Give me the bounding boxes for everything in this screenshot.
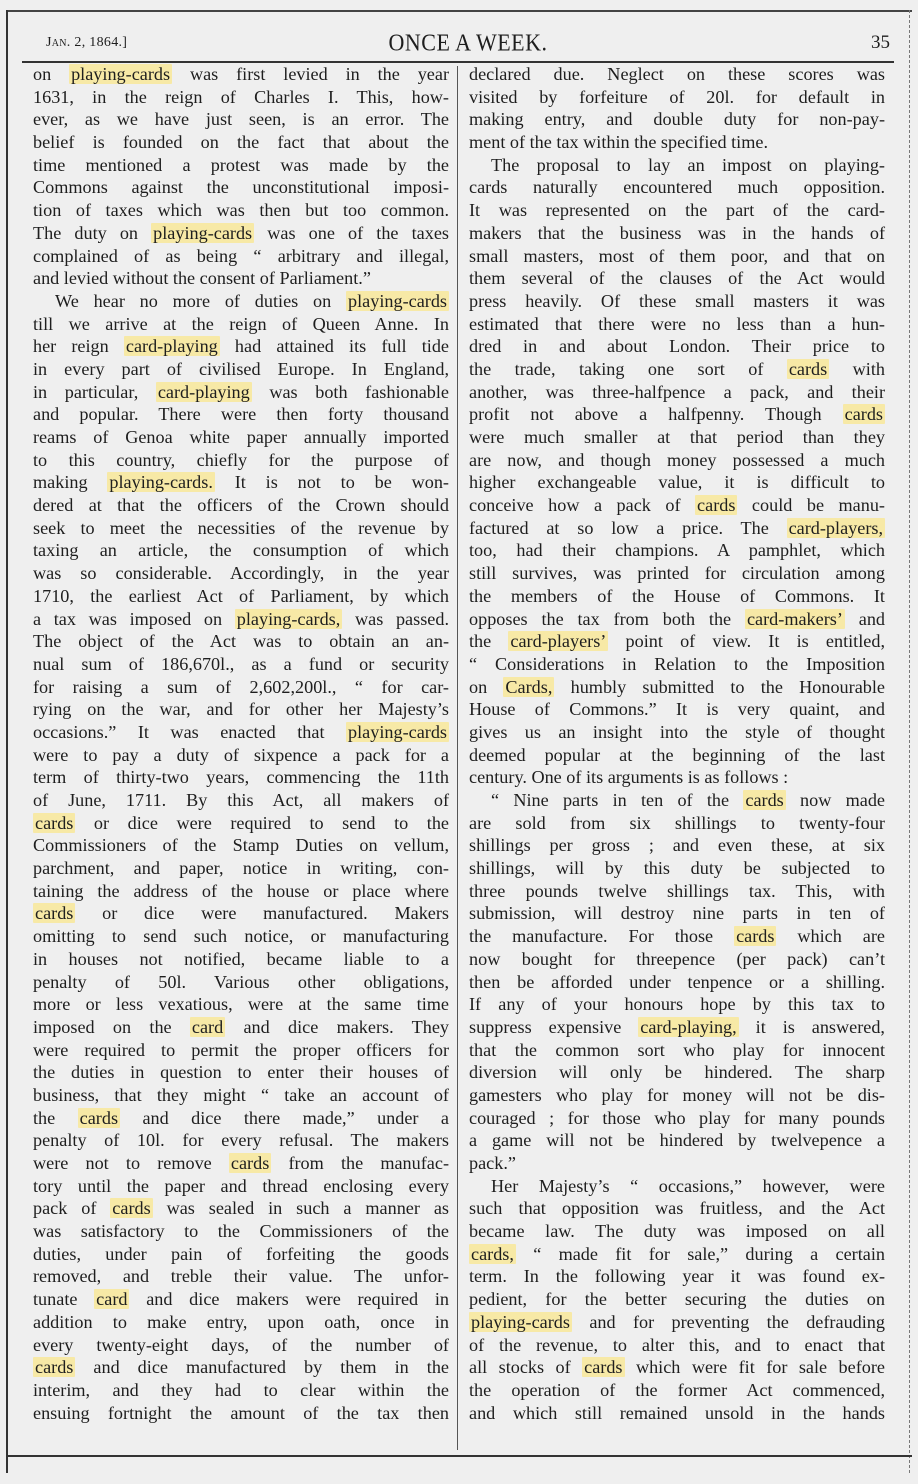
text-line: of the revenue, to alter this, and to en…: [469, 1334, 885, 1357]
bottom-border-rule: [6, 1455, 912, 1457]
text-line: and which still remained unsold in the h…: [469, 1402, 885, 1425]
text-line: 1631, in the reign of Charles I. This, h…: [33, 86, 449, 109]
text-line: tory until the paper and thread enclosin…: [33, 1175, 449, 1198]
text-line: another, was three-halfpence a pack, and…: [469, 381, 885, 404]
search-highlight: cards: [743, 790, 785, 810]
search-highlight: card-makers’: [745, 609, 845, 629]
text-line: all stocks of cards which were fit for s…: [469, 1356, 885, 1379]
search-highlight: cards: [229, 1153, 271, 1173]
text-line: belief is founded on the fact that about…: [33, 131, 449, 154]
text-line: taxing an article, the consumption of wh…: [33, 539, 449, 562]
text-line: her reign card-playing had attained its …: [33, 335, 449, 358]
text-line: conceive how a pack of cards could be ma…: [469, 494, 885, 517]
search-highlight: card-playing: [124, 336, 220, 356]
text-line: “ Considerations in Relation to the Impo…: [469, 653, 885, 676]
text-line: the card-players’ point of view. It is e…: [469, 630, 885, 653]
search-highlight: cards: [582, 1357, 624, 1377]
text-line: reams of Genoa white paper annually impo…: [33, 426, 449, 449]
text-line: tunate card and dice makers were require…: [33, 1288, 449, 1311]
text-line: became law. The duty was imposed on all: [469, 1220, 885, 1243]
text-line: three pounds twelve shillings tax. This,…: [469, 880, 885, 903]
text-line: then be afforded under tenpence or a shi…: [469, 971, 885, 994]
text-line: still survives, was printed for circulat…: [469, 562, 885, 585]
search-highlight: Cards,: [503, 677, 554, 697]
text-line: making entry, and double duty for non-pa…: [469, 108, 885, 131]
text-line: pedient, for the better securing the dut…: [469, 1288, 885, 1311]
text-line: to this country, chiefly for the purpose…: [33, 449, 449, 472]
text-line: submission, will destroy nine parts in t…: [469, 902, 885, 925]
text-line: too, had their champions. A pamphlet, wh…: [469, 539, 885, 562]
text-line: The duty on playing-cards was one of the…: [33, 222, 449, 245]
text-line: till we arrive at the reign of Queen Ann…: [33, 313, 449, 336]
text-line: term. In the following year it was found…: [469, 1265, 885, 1288]
search-highlight: card-playing: [156, 382, 252, 402]
search-highlight: playing-cards: [346, 722, 449, 742]
text-line: was satisfactory to the Commissioners of…: [33, 1220, 449, 1243]
publication-title: ONCE A WEEK.: [389, 29, 548, 58]
text-line: imposed on the card and dice makers. The…: [33, 1016, 449, 1039]
text-line: the operation of the former Act commence…: [469, 1379, 885, 1402]
text-line: a game will not be hindered by twelvepen…: [469, 1129, 885, 1152]
search-highlight: card-players,: [787, 518, 885, 538]
text-line: that the common sort who play for innoce…: [469, 1039, 885, 1062]
search-highlight: playing-cards: [469, 1312, 572, 1332]
search-highlight: playing-cards: [69, 64, 172, 84]
search-highlight: cards: [734, 926, 776, 946]
text-line: ment of the tax within the specified tim…: [469, 131, 885, 154]
text-line: couraged ; for those who play for many p…: [469, 1107, 885, 1130]
text-line: century. One of its arguments is as foll…: [469, 766, 885, 789]
text-line: Commons against the unconstitutional imp…: [33, 176, 449, 199]
text-line: on Cards, humbly submitted to the Honour…: [469, 676, 885, 699]
search-highlight: card-playing,: [638, 1017, 738, 1037]
text-line: estimated that there were no less than a…: [469, 313, 885, 336]
text-line: dred in and about London. Their price to: [469, 335, 885, 358]
text-line: term of thirty-two years, commencing the…: [33, 766, 449, 789]
text-line: 1710, the earliest Act of Parliament, by…: [33, 585, 449, 608]
text-line: duties, under pain of forfeiting the goo…: [33, 1243, 449, 1266]
text-line: taining the address of the house or plac…: [33, 880, 449, 903]
text-line: cards, “ made fit for sale,” during a ce…: [469, 1243, 885, 1266]
text-line: more or less vexatious, were at the same…: [33, 993, 449, 1016]
search-highlight: cards: [695, 495, 737, 515]
text-line: the duties in question to enter their ho…: [33, 1061, 449, 1084]
text-line: were required to permit the proper offic…: [33, 1039, 449, 1062]
text-line: shillings, will by this duty be subjecte…: [469, 857, 885, 880]
search-highlight: cards: [843, 404, 885, 424]
search-highlight: cards,: [469, 1244, 516, 1264]
text-line: Her Majesty’s “ occasions,” however, wer…: [469, 1175, 885, 1198]
text-line: the cards and dice there made,” under a: [33, 1107, 449, 1130]
text-line: time mentioned a protest was made by the: [33, 154, 449, 177]
text-line: It was represented on the part of the ca…: [469, 199, 885, 222]
text-line: were much smaller at that period than th…: [469, 426, 885, 449]
text-line: removed, and treble their value. The unf…: [33, 1265, 449, 1288]
search-highlight: cards: [33, 813, 75, 833]
text-line: penalty of 10l. for every refusal. The m…: [33, 1129, 449, 1152]
text-line: The object of the Act was to obtain an a…: [33, 630, 449, 653]
text-line: ensuing fortnight the amount of the tax …: [33, 1402, 449, 1425]
text-line: ever, as we have just seen, is an error.…: [33, 108, 449, 131]
text-line: cards or dice were required to send to t…: [33, 812, 449, 835]
search-highlight: cards: [33, 1357, 75, 1377]
left-column: on playing-cards was first levied in the…: [33, 63, 449, 1424]
text-line: were not to remove cards from the manufa…: [33, 1152, 449, 1175]
text-line: pack.”: [469, 1152, 885, 1175]
text-line: occasions.” It was enacted that playing-…: [33, 721, 449, 744]
text-line: tion of taxes which was then but too com…: [33, 199, 449, 222]
text-line: visited by forfeiture of 20l. for defaul…: [469, 86, 885, 109]
search-highlight: playing-cards: [151, 223, 254, 243]
text-line: factured at so low a price. The card-pla…: [469, 517, 885, 540]
text-line: interim, and they had to clear within th…: [33, 1379, 449, 1402]
text-line: diversion will only be hindered. The sha…: [469, 1061, 885, 1084]
text-line: business, that they might “ take an acco…: [33, 1084, 449, 1107]
text-line: were to pay a duty of sixpence a pack fo…: [33, 744, 449, 767]
text-line: the members of the House of Commons. It: [469, 585, 885, 608]
page-number: 35: [740, 32, 890, 54]
search-highlight: playing-cards,: [235, 609, 343, 629]
text-line: dered at that the officers of the Crown …: [33, 494, 449, 517]
text-line: addition to make entry, upon oath, once …: [33, 1311, 449, 1334]
text-line: higher exchangeable value, it is difficu…: [469, 471, 885, 494]
text-line: complained of as being “ arbitrary and i…: [33, 245, 449, 268]
search-highlight: cards: [78, 1108, 120, 1128]
text-line: We hear no more of duties on playing-car…: [33, 290, 449, 313]
text-line: parchment, and paper, notice in writing,…: [33, 857, 449, 880]
text-line: the trade, taking one sort of cards with: [469, 358, 885, 381]
text-line: press heavily. Of these small masters it…: [469, 290, 885, 313]
text-line: nual sum of 186,670l., as a fund or secu…: [33, 653, 449, 676]
text-line: in particular, card-playing was both fas…: [33, 381, 449, 404]
text-line: making playing-cards. It is not to be wo…: [33, 471, 449, 494]
text-line: the manufacture. For those cards which a…: [469, 925, 885, 948]
text-line: playing-cards and for preventing the def…: [469, 1311, 885, 1334]
search-highlight: card-players’: [508, 631, 608, 651]
text-line: gamesters who play for money will not be…: [469, 1084, 885, 1107]
text-line: small masters, most of them poor, and th…: [469, 245, 885, 268]
column-divider: [457, 66, 458, 1450]
text-line: suppress expensive card-playing, it is a…: [469, 1016, 885, 1039]
text-line: of June, 1711. By this Act, all makers o…: [33, 789, 449, 812]
text-line: “ Nine parts in ten of the cards now mad…: [469, 789, 885, 812]
text-line: cards or dice were manufactured. Makers: [33, 902, 449, 925]
text-line: omitting to send such notice, or manufac…: [33, 925, 449, 948]
text-line: in every part of civilised Europe. In En…: [33, 358, 449, 381]
search-highlight: card: [94, 1289, 129, 1309]
text-line: pack of cards was sealed in such a manne…: [33, 1197, 449, 1220]
text-line: now bought for threepence (per pack) can…: [469, 948, 885, 971]
text-line: penalty of 50l. Various other obligation…: [33, 971, 449, 994]
search-highlight: playing-cards.: [107, 472, 215, 492]
right-column: declared due. Neglect on these scores wa…: [469, 63, 885, 1424]
text-line: and popular. There were then forty thous…: [33, 403, 449, 426]
text-line: a tax was imposed on playing-cards, was …: [33, 608, 449, 631]
search-highlight: cards: [110, 1198, 152, 1218]
text-line: them several of the clauses of the Act w…: [469, 267, 885, 290]
text-line: are sold from six shillings to twenty-fo…: [469, 812, 885, 835]
text-line: cards naturally encountered much opposit…: [469, 176, 885, 199]
search-highlight: cards: [33, 903, 75, 923]
text-line: Commissioners of the Stamp Duties on vel…: [33, 834, 449, 857]
text-line: gives us an insight into the style of th…: [469, 721, 885, 744]
text-line: cards and dice manufactured by them in t…: [33, 1356, 449, 1379]
text-line: shillings per gross ; and even these, at…: [469, 834, 885, 857]
text-line: was so considerable. Accordingly, in the…: [33, 562, 449, 585]
text-line: profit not above a halfpenny. Though car…: [469, 403, 885, 426]
text-line: House of Commons.” It is very quaint, an…: [469, 698, 885, 721]
text-line: The proposal to lay an impost on playing…: [469, 154, 885, 177]
text-line: rying on the war, and for other her Maje…: [33, 698, 449, 721]
running-header: Jan. 2, 1864.] ONCE A WEEK. 35: [46, 28, 890, 58]
text-line: and levied without the consent of Parlia…: [33, 267, 449, 290]
text-line: on playing-cards was first levied in the…: [33, 63, 449, 86]
text-line: deemed popular at the beginning of the l…: [469, 744, 885, 767]
text-line: for raising a sum of 2,602,200l., “ for …: [33, 676, 449, 699]
text-line: are now, and though money possessed a mu…: [469, 449, 885, 472]
header-date: Jan. 2, 1864.]: [46, 35, 196, 51]
text-line: opposes the tax from both the card-maker…: [469, 608, 885, 631]
search-highlight: card: [190, 1017, 225, 1037]
text-line: declared due. Neglect on these scores wa…: [469, 63, 885, 86]
text-line: If any of your honours hope by this tax …: [469, 993, 885, 1016]
search-highlight: cards: [787, 359, 829, 379]
search-highlight: playing-cards: [346, 291, 449, 311]
text-line: in houses not notified, became liable to…: [33, 948, 449, 971]
text-line: makers that the business was in the hand…: [469, 222, 885, 245]
text-line: seek to meet the necessities of the reve…: [33, 517, 449, 540]
text-line: such that opposition was fruitless, and …: [469, 1197, 885, 1220]
text-line: every twenty-eight days, of the number o…: [33, 1334, 449, 1357]
